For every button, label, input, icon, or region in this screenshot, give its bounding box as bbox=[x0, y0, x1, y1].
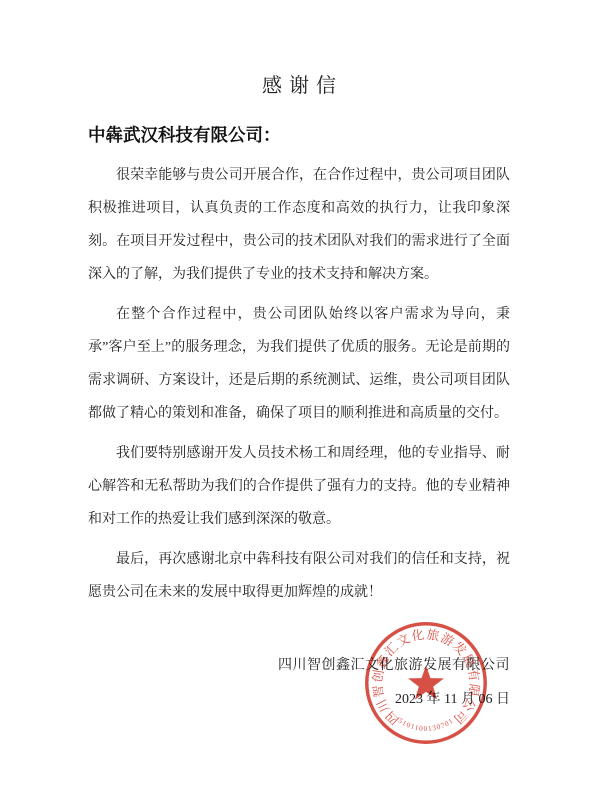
recipient-line: 中犇武汉科技有限公司： bbox=[88, 123, 510, 147]
letter-paragraph: 最后，再次感谢北京中犇科技有限公司对我们的信任和支持，祝愿贵公司在未来的发展中取… bbox=[88, 543, 510, 609]
letter-content: 感谢信 中犇武汉科技有限公司： 很荣幸能够与贵公司开展合作，在合作过程中，贵公司… bbox=[88, 0, 510, 717]
seal-code: 5101100130701 bbox=[397, 717, 456, 733]
seal-code-text: 5101100130701 bbox=[397, 717, 456, 733]
letter-paragraph: 在整个合作过程中，贵公司团队始终以客户需求为导向，秉承”客户至上”的服务理念，为… bbox=[88, 298, 510, 430]
letter-paragraph: 我们要特别感谢开发人员技术杨工和周经理，他的专业指导、耐心解答和无私帮助为我们的… bbox=[88, 437, 510, 536]
letter-paragraph: 很荣幸能够与贵公司开展合作，在合作过程中，贵公司项目团队积极推进项目，认真负责的… bbox=[88, 159, 510, 291]
letter-title: 感谢信 bbox=[88, 76, 510, 96]
signature-block: 四川智创鑫汇文化旅游发展有限公司 2023 年 11 月 06 日 bbox=[88, 649, 510, 717]
signature-company: 四川智创鑫汇文化旅游发展有限公司 bbox=[88, 649, 510, 683]
thank-you-letter-page: 感谢信 中犇武汉科技有限公司： 很荣幸能够与贵公司开展合作，在合作过程中，贵公司… bbox=[0, 0, 598, 798]
signature-date: 2023 年 11 月 06 日 bbox=[88, 683, 510, 717]
